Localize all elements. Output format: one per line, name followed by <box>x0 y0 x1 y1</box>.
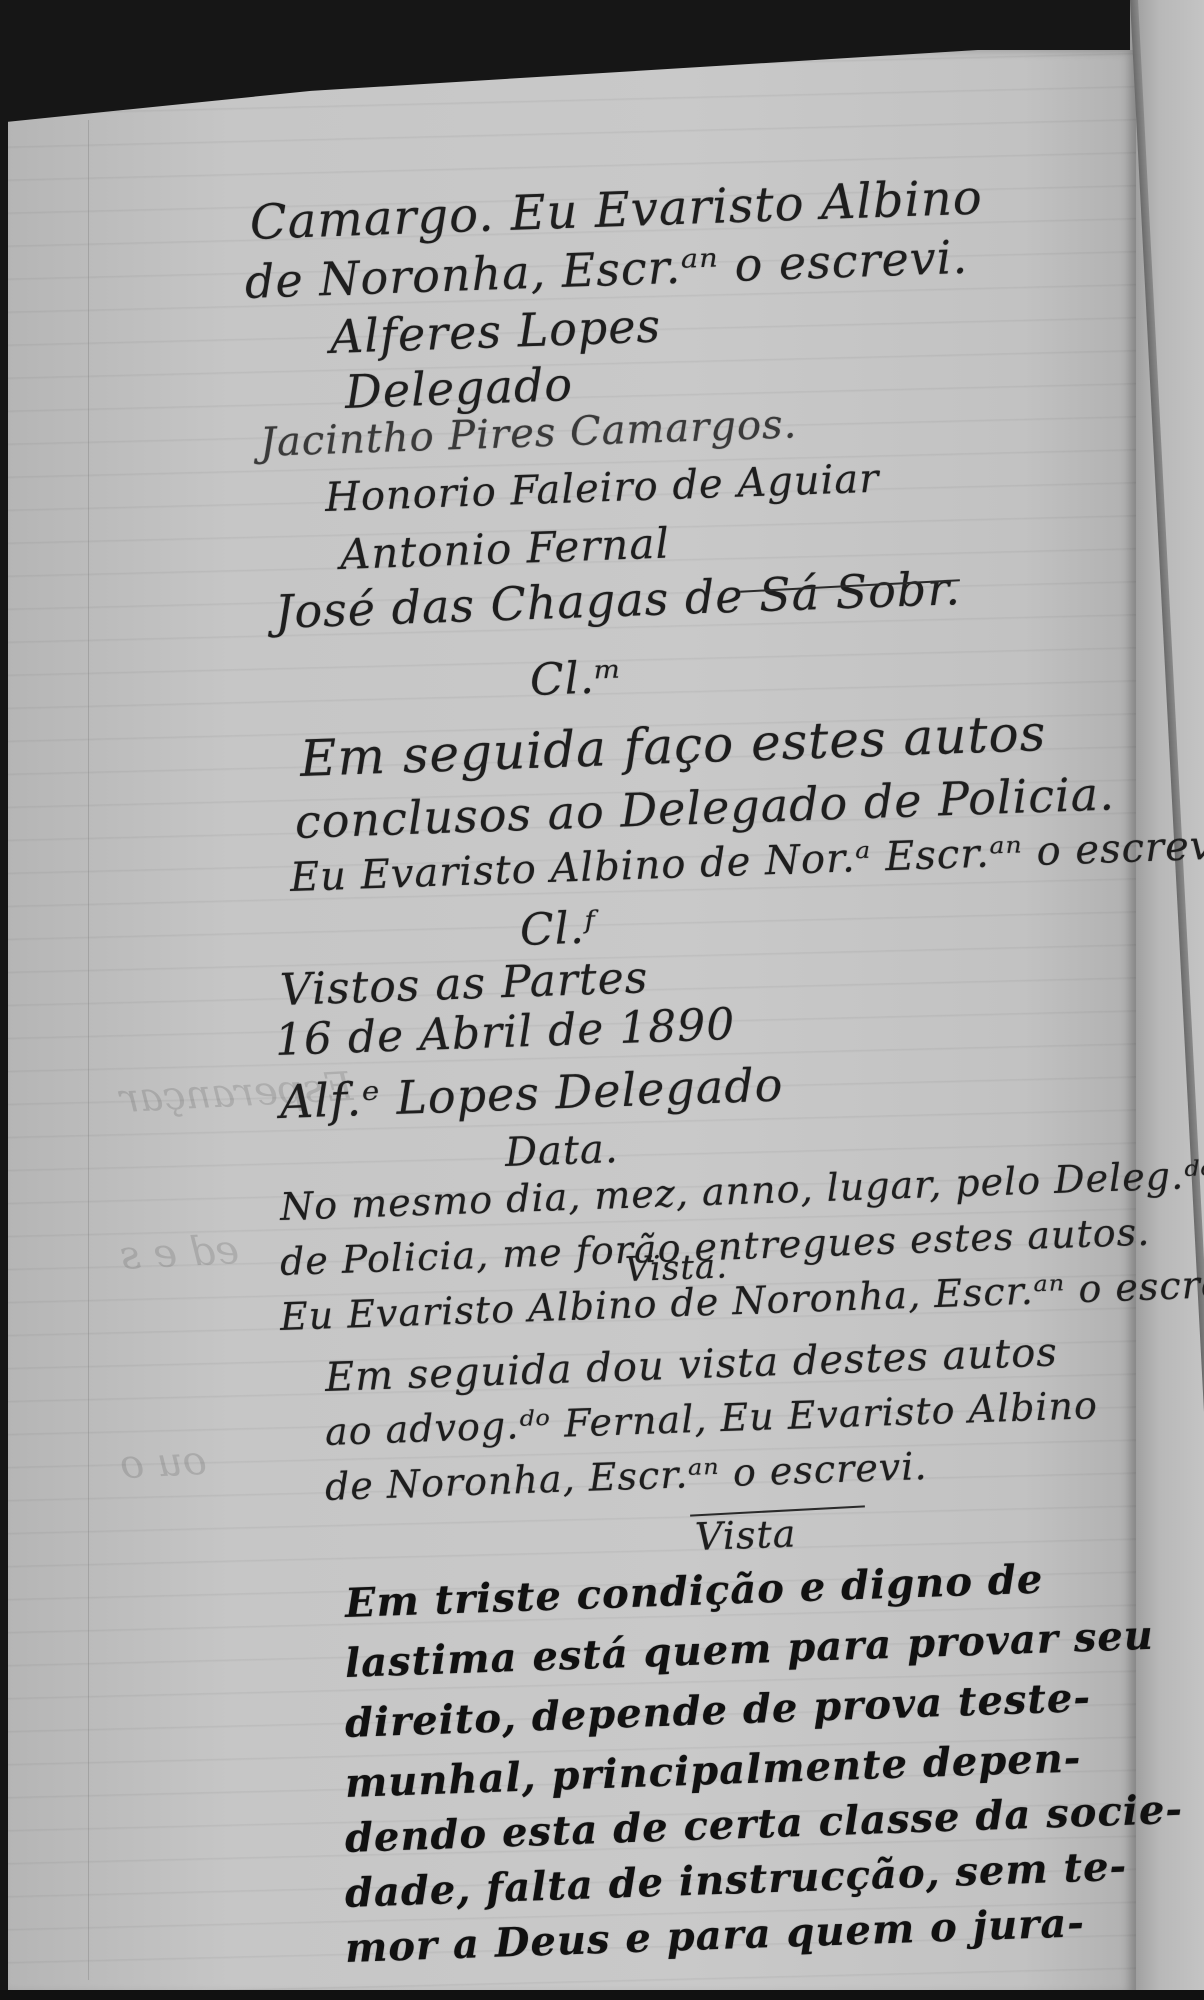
section-heading: Vista <box>694 1511 797 1559</box>
text-line: Em triste condição e digno de <box>344 1556 1044 1627</box>
section-heading: Cl.ᵐ <box>529 652 623 706</box>
section-heading: Data. <box>504 1126 619 1176</box>
signature: Jacintho Pires Camargos. <box>259 401 798 466</box>
section-heading: Cl.ᶠ <box>519 902 597 956</box>
signature: Alferes Lopes <box>329 298 662 364</box>
section-heading: Vista. <box>624 1246 728 1290</box>
signature: Antonio Fernal <box>339 518 670 578</box>
text-line: direito, depende de prova teste- <box>344 1674 1091 1747</box>
signature: Alf.ᵉ Lopes Delegado <box>279 1057 784 1129</box>
handwritten-text: Camargo. Eu Evaristo Albino de Noronha, … <box>0 0 1204 2000</box>
signature: Honorio Faleiro de Aguiar <box>324 456 880 521</box>
text-line: de Noronha, Escr.ᵃⁿ o escrevi. <box>324 1444 928 1509</box>
